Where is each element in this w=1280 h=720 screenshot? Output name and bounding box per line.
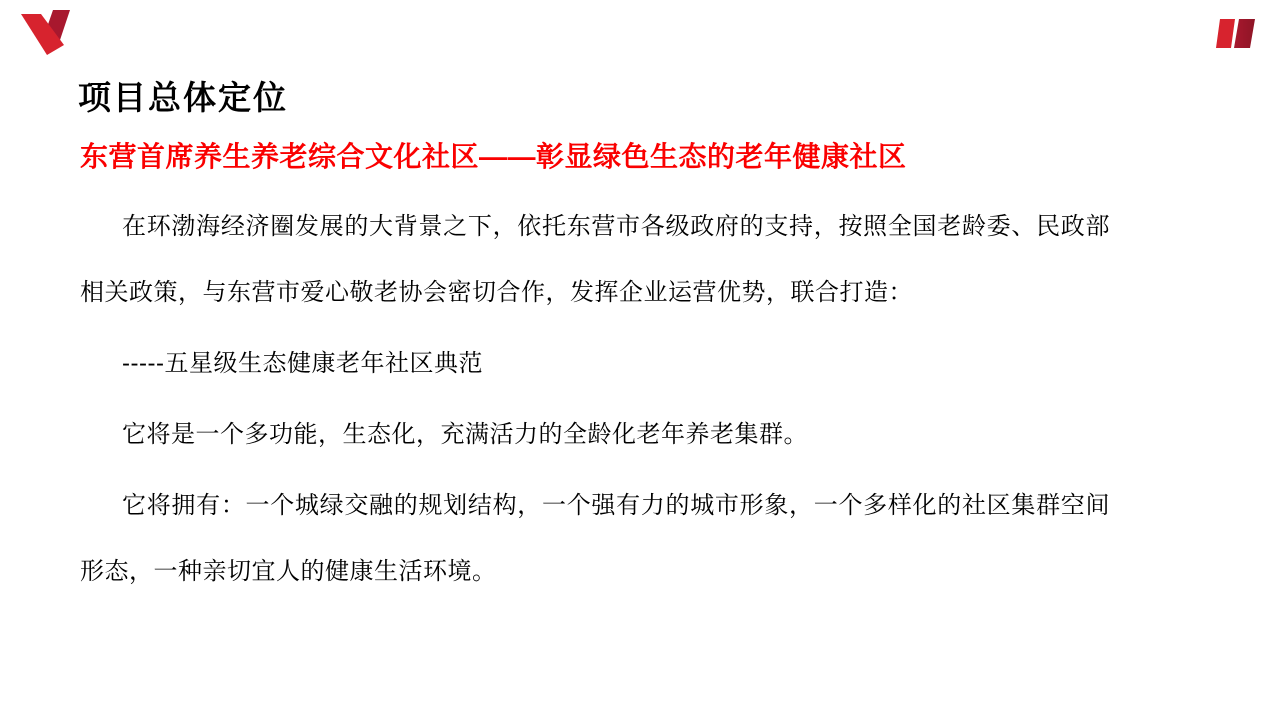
paragraph-five-star-tagline: -----五星级生态健康老年社区典范	[80, 331, 1110, 397]
presentation-slide: 项目总体定位 东营首席养生养老综合文化社区——彰显绿色生态的老年健康社区 在环渤…	[0, 0, 1280, 720]
company-v-mark-logo-icon	[16, 8, 80, 58]
paragraph-community-description: 它将是一个多功能，生态化，充满活力的全龄化老年养老集群。	[80, 402, 1110, 468]
double-stripe-logo-icon	[1215, 18, 1255, 48]
paragraph-community-features: 它将拥有：一个城绿交融的规划结构，一个强有力的城市形象，一个多样化的社区集群空间…	[80, 473, 1110, 605]
slide-body: 东营首席养生养老综合文化社区——彰显绿色生态的老年健康社区 在环渤海经济圈发展的…	[80, 140, 1110, 610]
paragraph-background: 在环渤海经济圈发展的大背景之下，依托东营市各级政府的支持，按照全国老龄委、民政部…	[80, 194, 1110, 326]
positioning-heading: 东营首席养生养老综合文化社区——彰显绿色生态的老年健康社区	[80, 140, 1110, 174]
slide-title: 项目总体定位	[78, 72, 288, 119]
